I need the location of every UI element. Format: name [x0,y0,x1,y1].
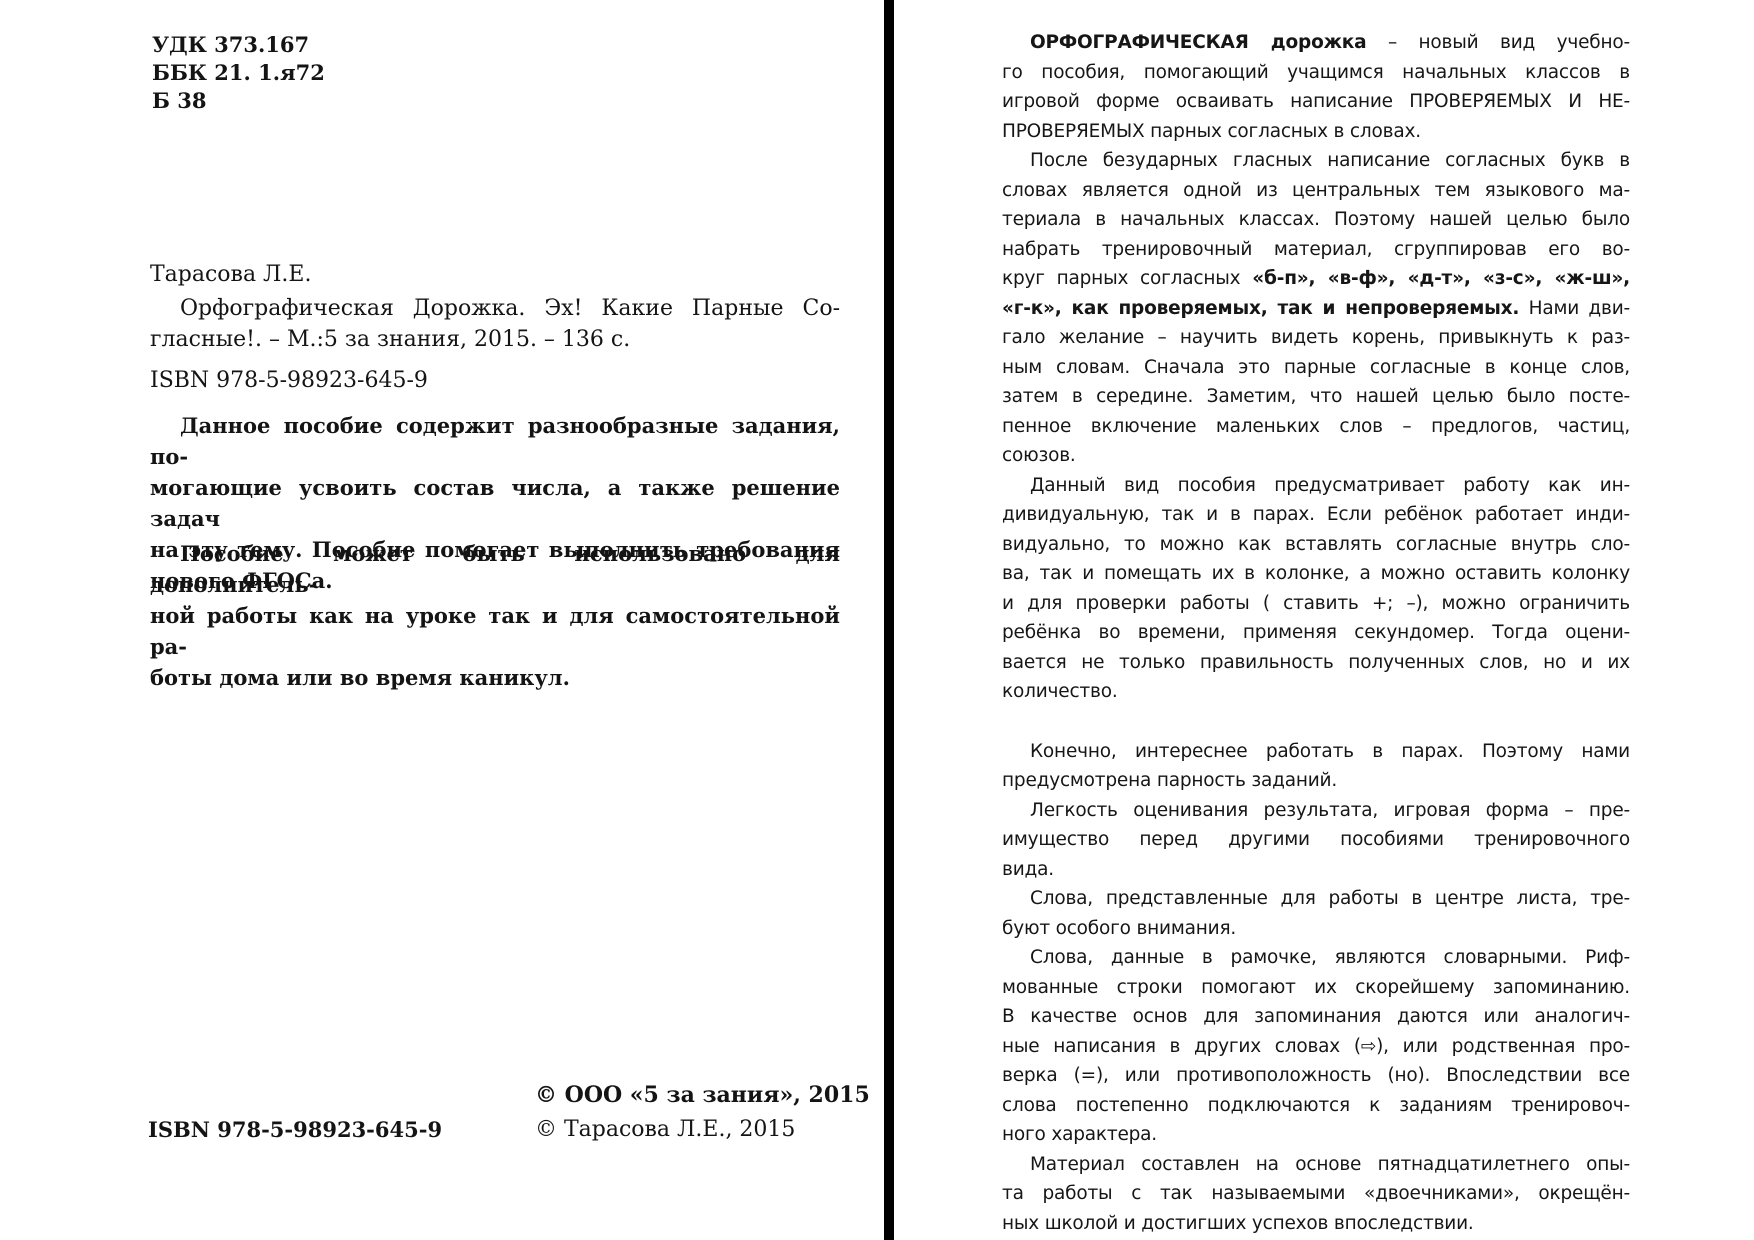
copyright-publisher: © ООО «5 за зания», 2015 [535,1082,870,1108]
copyright-author: © Тарасова Л.Е., 2015 [535,1117,795,1142]
annotation-paragraph-2: Пособие может быть использовано для допо… [150,538,840,693]
text: ных школой и достигших успехов впоследст… [1002,1213,1474,1234]
text: пенное включение маленьких слов – предло… [1002,416,1630,437]
annotation-line: Данное пособие содержит разнообразные за… [150,410,840,472]
paragraph: Слова, данные в рамочке, являются словар… [1002,943,1630,1150]
text: словах является одной из центральных тем… [1002,180,1630,201]
text: – новый вид учебно- [1366,32,1630,53]
text: буют особого внимания. [1002,918,1236,939]
title-line-2: гласные!. – М.:5 за знания, 2015. – 136 … [150,324,840,355]
text-line: затем в середине. Заметим, что нашей цел… [1002,382,1630,412]
annotation-line: могающие усвоить состав числа, а также р… [150,472,840,534]
text: союзов. [1002,445,1076,466]
author-mark: Б 38 [152,87,325,115]
text: верка (=), или противоположность (но). В… [1002,1065,1630,1086]
text: Конечно, интереснее работать в парах. По… [1030,741,1630,762]
text-line: набрать тренировочный материал, сгруппир… [1002,235,1630,265]
bbk-code: ББК 21. 1.я72 [152,59,325,87]
text: количество. [1002,681,1118,702]
bold-text: «г-к», как проверяемых, так и непроверяе… [1002,298,1519,319]
paragraph: Легкость оценивания результата, игровая … [1002,796,1630,885]
text-line: верка (=), или противоположность (но). В… [1002,1061,1630,1091]
annotation-line: боты дома или во время каникул. [150,662,840,693]
text-line: ные написания в других словах (⇨), или р… [1002,1032,1630,1062]
text-line: ОРФОГРАФИЧЕСКАЯ дорожка – новый вид учеб… [1002,28,1630,58]
text-line: После безударных гласных написание согла… [1002,146,1630,176]
text-line: ных школой и достигших успехов впоследст… [1002,1209,1630,1239]
text: мованные строки помогают их скорейшему з… [1002,977,1630,998]
text: имущество перед другими пособиями тренир… [1002,829,1630,850]
text-line: «г-к», как проверяемых, так и непроверяе… [1002,294,1630,324]
text-line: Данный вид пособия предусматривает работ… [1002,471,1630,501]
text: вида. [1002,859,1054,880]
text-line: Материал составлен на основе пятнадцатил… [1002,1150,1630,1180]
footer-isbn: ISBN 978-5-98923-645-9 [148,1117,442,1142]
text: набрать тренировочный материал, сгруппир… [1002,239,1630,260]
text: ным словам. Сначала это парные согласные… [1002,357,1630,378]
text: Слова, представленные для работы в центр… [1030,888,1630,909]
text: ребёнка во времени, применяя секундомер.… [1002,622,1630,643]
paragraph: Данный вид пособия предусматривает работ… [1002,471,1630,707]
text: ные написания в других словах (⇨), или р… [1002,1036,1630,1057]
text: предусмотрена парность заданий. [1002,770,1337,791]
text-line: игровой форме осваивать написание ПРОВЕР… [1002,87,1630,117]
text: слова постепенно подключаются к заданиям… [1002,1095,1630,1116]
text: В качестве основ для запоминания даются … [1002,1006,1630,1027]
text: видуально, то можно как вставлять соглас… [1002,534,1630,555]
text: дивидуальную, так и в парах. Если ребёно… [1002,504,1630,525]
annotation-line: Пособие может быть использовано для допо… [150,538,840,600]
text-line: Слова, данные в рамочке, являются словар… [1002,943,1630,973]
text: затем в середине. Заметим, что нашей цел… [1002,386,1630,407]
paragraph: ОРФОГРАФИЧЕСКАЯ дорожка – новый вид учеб… [1002,28,1630,146]
text: Легкость оценивания результата, игровая … [1030,800,1630,821]
text-line: ным словам. Сначала это парные согласные… [1002,353,1630,383]
text-line: вида. [1002,855,1630,885]
paragraph: После безударных гласных написание согла… [1002,146,1630,471]
bold-text: «б-п», «в-ф», «д-т», «з-с», «ж-ш», [1252,268,1630,289]
text-line: териала в начальных классах. Поэтому наш… [1002,205,1630,235]
text: Данный вид пособия предусматривает работ… [1030,475,1630,496]
text-line: ва, так и помещать их в колонке, а можно… [1002,559,1630,589]
text-line: ребёнка во времени, применяя секундомер.… [1002,618,1630,648]
text: Слова, данные в рамочке, являются словар… [1030,947,1630,968]
text: ного характера. [1002,1124,1157,1145]
text-line: ПРОВЕРЯЕМЫХ парных согласных в словах. [1002,117,1630,147]
left-page: УДК 373.167 ББК 21. 1.я72 Б 38 Тарасова … [0,0,884,1240]
paragraph: Конечно, интереснее работать в парах. По… [1002,737,1630,796]
title-line-1: Орфографическая Дорожка. Эх! Какие Парны… [150,293,840,324]
text: Нами дви- [1519,298,1630,319]
text-line: круг парных согласных «б-п», «в-ф», «д-т… [1002,264,1630,294]
text-line: видуально, то можно как вставлять соглас… [1002,530,1630,560]
text: Материал составлен на основе пятнадцатил… [1030,1154,1630,1175]
text: и для проверки работы ( ставить +; –), м… [1002,593,1630,614]
text: ПРОВЕРЯЕМЫХ парных согласных в словах. [1002,121,1421,142]
text-line: Слова, представленные для работы в центр… [1002,884,1630,914]
text-line: пенное включение маленьких слов – предло… [1002,412,1630,442]
paragraph: Материал составлен на основе пятнадцатил… [1002,1150,1630,1239]
text: ва, так и помещать их в колонке, а можно… [1002,563,1630,584]
text-line: го пособия, помогающий учащимся начальны… [1002,58,1630,88]
text: го пособия, помогающий учащимся начальны… [1002,62,1630,83]
text: круг парных согласных [1002,268,1252,289]
text-line: вается не только правильность полученных… [1002,648,1630,678]
udk-code: УДК 373.167 [152,31,325,59]
isbn: ISBN 978-5-98923-645-9 [150,368,428,393]
text-line: союзов. [1002,441,1630,471]
bibliographic-title: Орфографическая Дорожка. Эх! Какие Парны… [150,293,840,355]
right-page: ОРФОГРАФИЧЕСКАЯ дорожка – новый вид учеб… [894,0,1754,1240]
text: териала в начальных классах. Поэтому наш… [1002,209,1630,230]
text-line: дивидуальную, так и в парах. Если ребёно… [1002,500,1630,530]
text-line: и для проверки работы ( ставить +; –), м… [1002,589,1630,619]
text-line: ного характера. [1002,1120,1630,1150]
text-line: имущество перед другими пособиями тренир… [1002,825,1630,855]
text-line: мованные строки помогают их скорейшему з… [1002,973,1630,1003]
text-line: та работы с так называемыми «двоечниками… [1002,1179,1630,1209]
text-line: Легкость оценивания результата, игровая … [1002,796,1630,826]
text-line: количество. [1002,677,1630,707]
text-line: гало желание – научить видеть корень, пр… [1002,323,1630,353]
text: После безударных гласных написание согла… [1030,150,1630,171]
classification-codes: УДК 373.167 ББК 21. 1.я72 Б 38 [152,31,325,115]
text-line: В качестве основ для запоминания даются … [1002,1002,1630,1032]
text-line: словах является одной из центральных тем… [1002,176,1630,206]
book-spine-divider [884,0,894,1240]
text-line: предусмотрена парность заданий. [1002,766,1630,796]
text: вается не только правильность полученных… [1002,652,1630,673]
text: та работы с так называемыми «двоечниками… [1002,1183,1630,1204]
text-line: слова постепенно подключаются к заданиям… [1002,1091,1630,1121]
paragraph: Слова, представленные для работы в центр… [1002,884,1630,943]
bold-text: ОРФОГРАФИЧЕСКАЯ дорожка [1030,32,1366,53]
text: гало желание – научить видеть корень, пр… [1002,327,1630,348]
author-name: Тарасова Л.Е. [150,262,311,287]
annotation-line: ной работы как на уроке так и для самост… [150,600,840,662]
text-line: Конечно, интереснее работать в парах. По… [1002,737,1630,767]
text-line: буют особого внимания. [1002,914,1630,944]
right-page-text: ОРФОГРАФИЧЕСКАЯ дорожка – новый вид учеб… [1002,28,1630,1238]
text: игровой форме осваивать написание ПРОВЕР… [1002,91,1630,112]
